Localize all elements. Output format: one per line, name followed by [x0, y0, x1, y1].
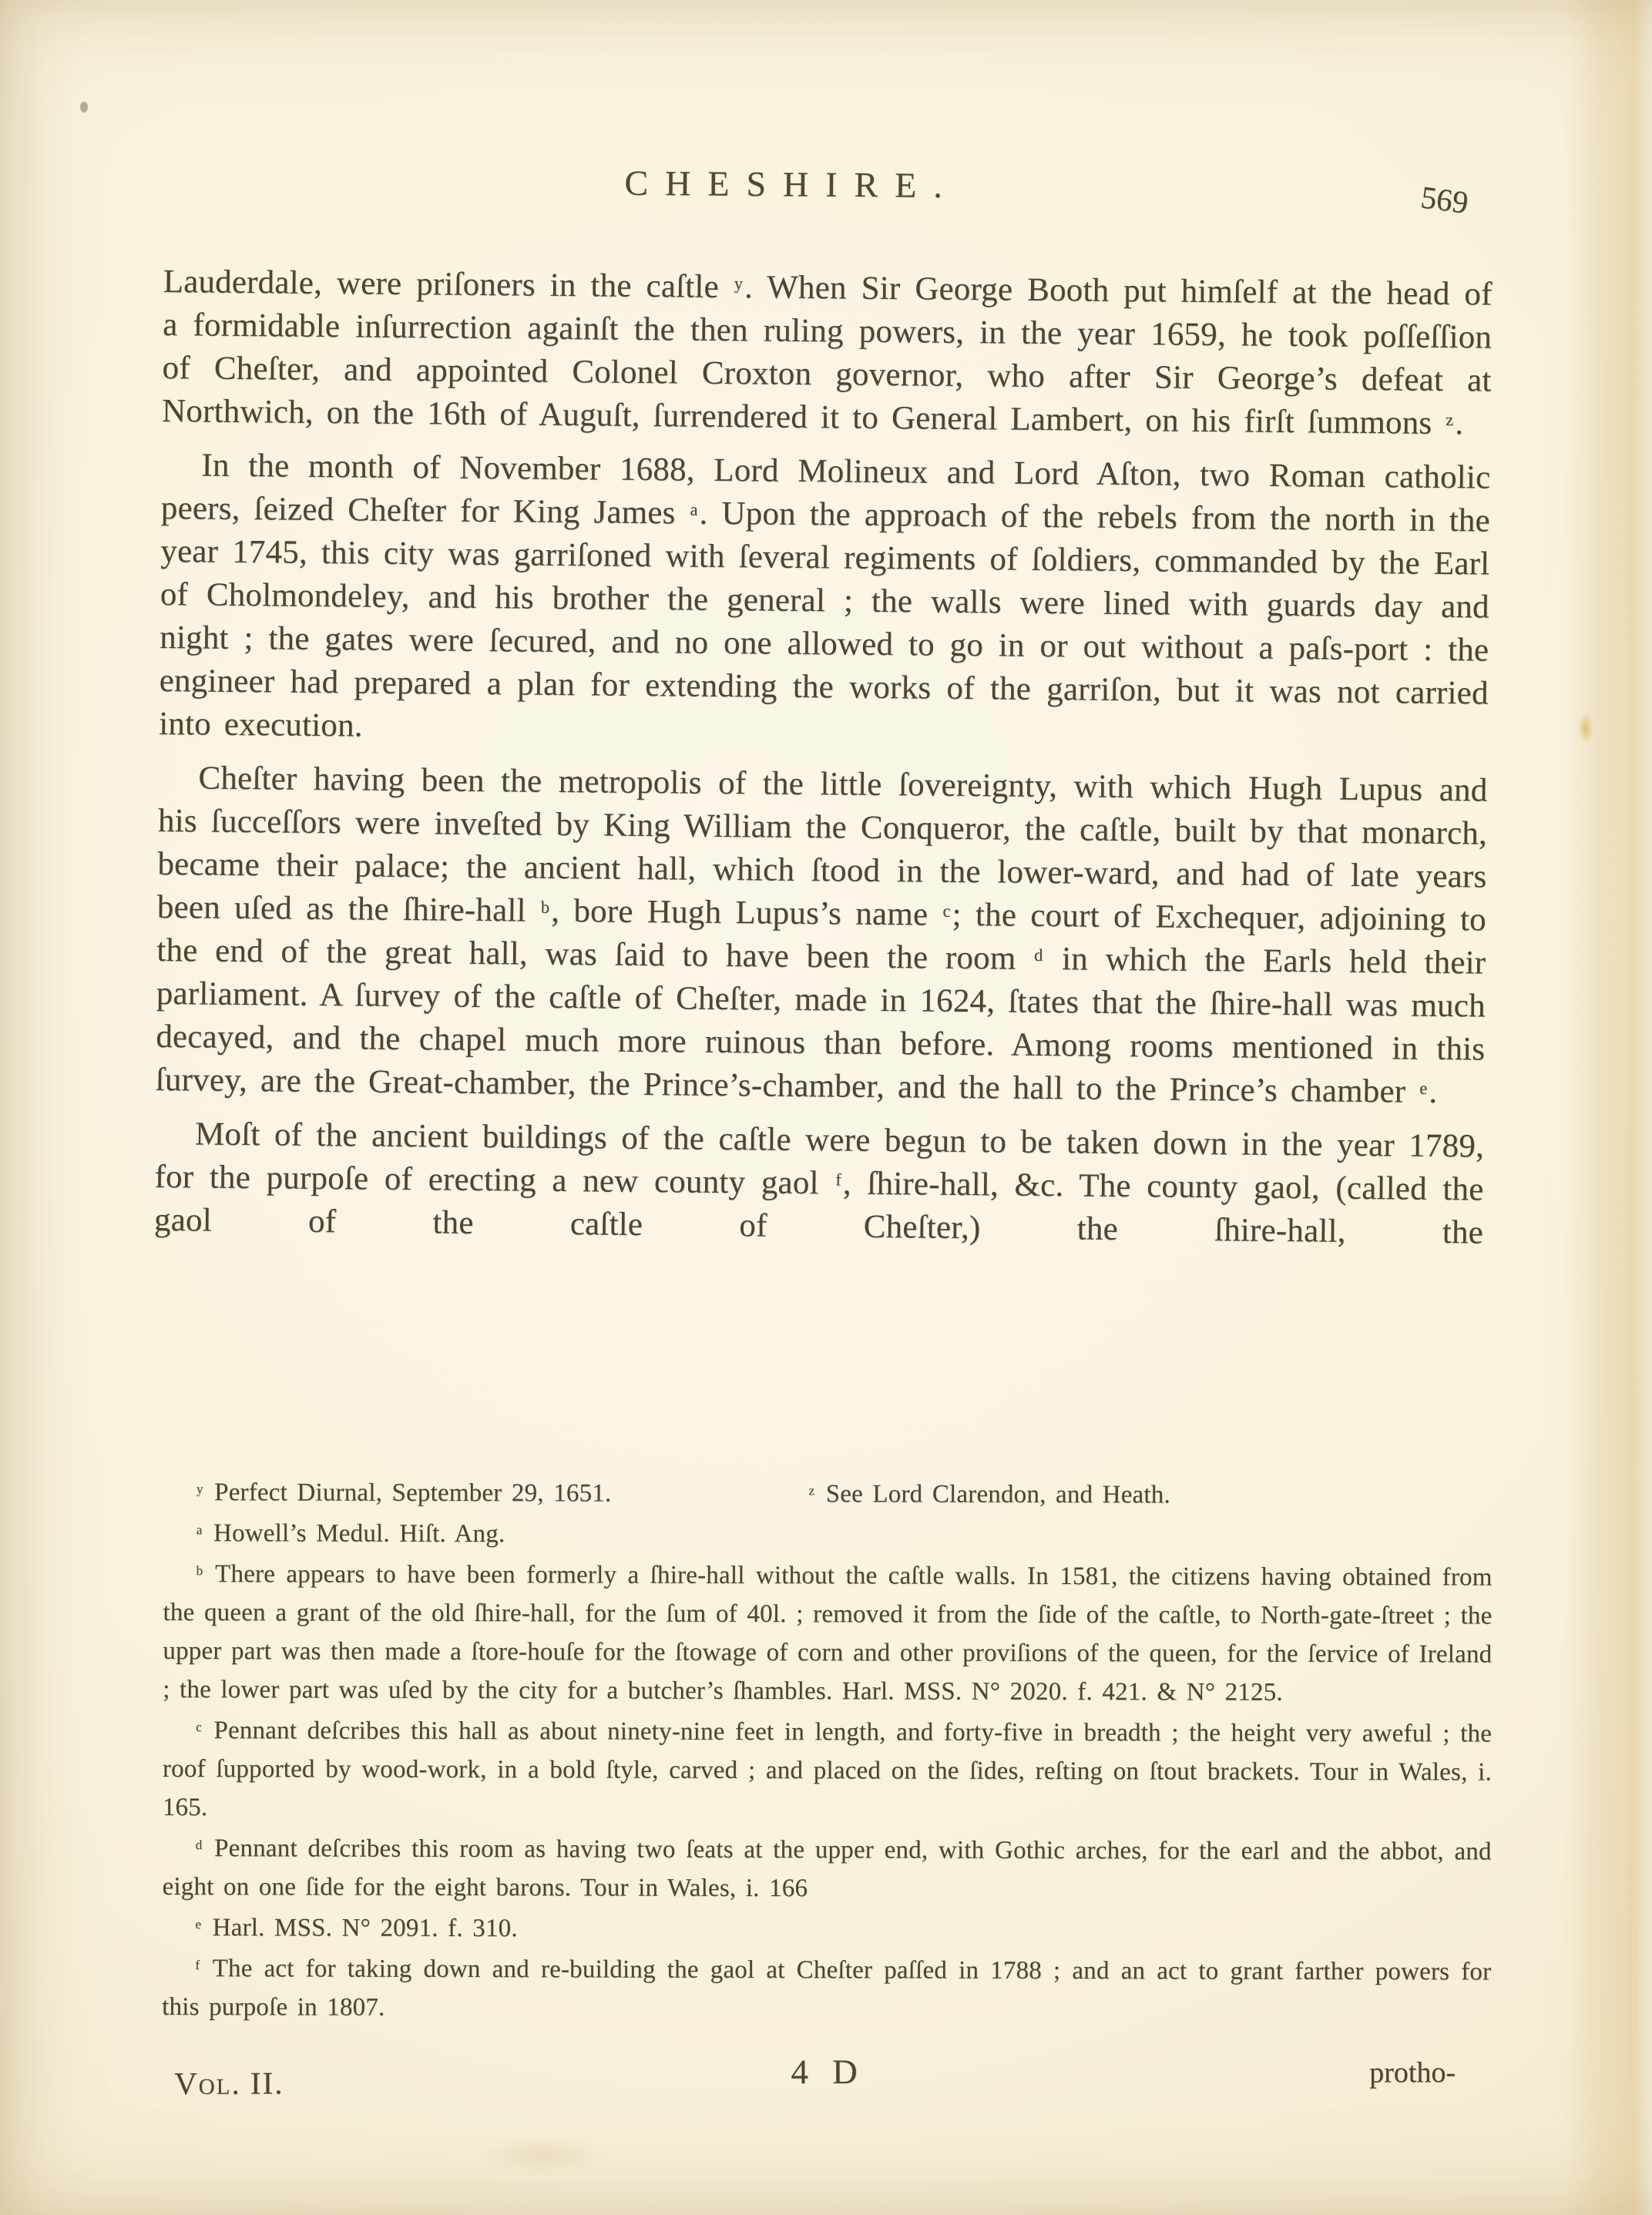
footnotes-block: y Perfect Diurnal, September 29, 1651. z… — [162, 1473, 1493, 2032]
footnote-marker: d — [1034, 945, 1043, 965]
ink-speck — [80, 102, 88, 112]
footnote-d: d Pennant deſcribes this room as having … — [163, 1829, 1492, 1910]
paragraph-3: Cheſter having been the metropolis of th… — [156, 757, 1488, 1115]
paragraph-1: Lauderdale, were priſoners in the caſtle… — [162, 260, 1493, 446]
footnote-row: y Perfect Diurnal, September 29, 1651. z… — [163, 1473, 1493, 1515]
catchword: protho- — [1369, 2056, 1456, 2089]
page-footer: Vol. II. 4 D protho- — [163, 2048, 1493, 2122]
footnote-marker: a — [690, 499, 697, 519]
footnote-marker: c — [942, 901, 950, 921]
running-title: CHESHIRE. — [119, 159, 1448, 210]
main-text-block: Lauderdale, were priſoners in the caſtle… — [154, 260, 1493, 1265]
signature-mark: 4 D — [791, 2052, 865, 2092]
footnote-marker: y — [196, 1482, 203, 1497]
footnote-marker: y — [734, 274, 744, 293]
footnote-b: b There appears to have been formerly a … — [163, 1555, 1493, 1713]
footnote-marker: e — [195, 1918, 201, 1932]
footnote-a: a Howell’s Medul. Hiſt. Ang. — [163, 1514, 1493, 1556]
volume-label: Vol. II. — [174, 2064, 284, 2101]
footnote-marker: a — [196, 1523, 203, 1538]
paragraph-4: Moſt of the ancient buildings of the caſ… — [154, 1113, 1485, 1255]
footnote-marker: e — [1419, 1079, 1427, 1098]
footnote-c: c Pennant deſcribes this hall as about n… — [163, 1711, 1492, 1831]
footnote-y: y Perfect Diurnal, September 29, 1651. — [163, 1473, 612, 1513]
page-edge-shading — [1563, 0, 1652, 2215]
footnote-marker: b — [196, 1564, 203, 1579]
paper-stain — [1578, 713, 1593, 743]
paper-stain — [478, 2134, 609, 2176]
footnote-marker: d — [196, 1838, 203, 1853]
footnote-marker: f — [835, 1170, 841, 1189]
footnote-marker: c — [196, 1720, 202, 1735]
footnote-f: f The act for taking down and re-buildin… — [162, 1949, 1491, 2030]
footnote-marker: z — [1445, 410, 1453, 429]
page-header: CHESHIRE. 569 — [162, 0, 1493, 242]
book-page-scan: CHESHIRE. 569 Lauderdale, were priſoners… — [0, 0, 1652, 2215]
footnote-marker: b — [541, 898, 550, 917]
paragraph-2: In the month of November 1688, Lord Moli… — [159, 444, 1491, 759]
footnote-marker: z — [808, 1484, 814, 1498]
footnote-e: e Harl. MSS. N° 2091. f. 310. — [162, 1908, 1491, 1951]
footnote-marker: f — [195, 1958, 200, 1973]
footnote-z: z See Lord Clarendon, and Heath. — [808, 1475, 1170, 1514]
page-number: 569 — [1419, 178, 1470, 221]
